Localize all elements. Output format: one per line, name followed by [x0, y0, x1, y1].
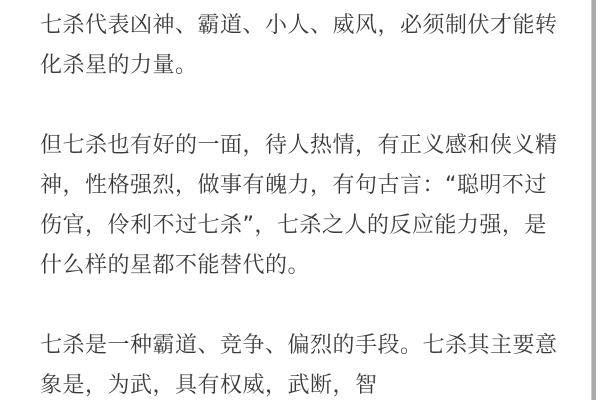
- paragraph-seven-killings-good-side: 但七杀也有好的一面，待人热情，有正义感和侠义精神，性格强烈，做事有魄力，有句古言…: [40, 126, 560, 286]
- article-body: 七杀代表凶神、霸道、小人、威风，必须制伏才能转化杀星的力量。 但七杀也有好的一面…: [40, 6, 560, 400]
- paragraph-seven-killings-domineering: 七杀是一种霸道、竞争、偏烈的手段。七杀其主要意象是，为武，具有权威，武断，智: [40, 326, 560, 400]
- paragraph-seven-killings-meaning: 七杀代表凶神、霸道、小人、威风，必须制伏才能转化杀星的力量。: [40, 6, 560, 86]
- page-edge-margin: [596, 0, 600, 400]
